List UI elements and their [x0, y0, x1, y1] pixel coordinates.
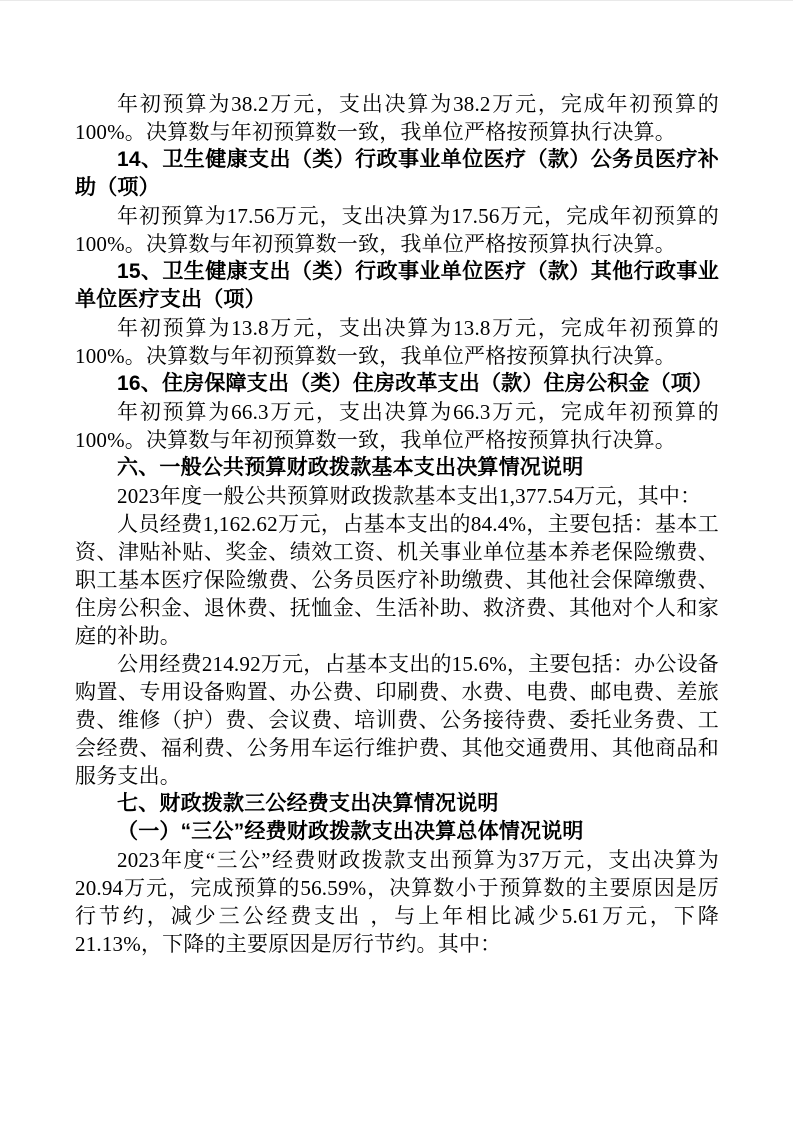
- body-paragraph: 年初预算为38.2万元，支出决算为38.2万元，完成年初预算的100%。决算数与…: [75, 90, 719, 146]
- body-paragraph: 年初预算为13.8万元，支出决算为13.8万元，完成年初预算的100%。决算数与…: [75, 314, 719, 370]
- body-paragraph: 公用经费214.92万元，占基本支出的15.6%，主要包括：办公设备购置、专用设…: [75, 650, 719, 790]
- section-heading: 16、住房保障支出（类）住房改革支出（款）住房公积金（项）: [75, 370, 719, 398]
- section-heading: 14、卫生健康支出（类）行政事业单位医疗（款）公务员医疗补助（项）: [75, 146, 719, 202]
- document-content: 年初预算为38.2万元，支出决算为38.2万元，完成年初预算的100%。决算数与…: [75, 90, 719, 958]
- document-page: 年初预算为38.2万元，支出决算为38.2万元，完成年初预算的100%。决算数与…: [0, 0, 793, 1122]
- body-paragraph: 年初预算为17.56万元，支出决算为17.56万元，完成年初预算的100%。决算…: [75, 202, 719, 258]
- body-paragraph: 2023年度一般公共预算财政拨款基本支出1,377.54万元，其中：: [75, 482, 719, 510]
- section-heading: （一）“三公”经费财政拨款支出决算总体情况说明: [75, 818, 719, 846]
- section-heading: 六、一般公共预算财政拨款基本支出决算情况说明: [75, 454, 719, 482]
- body-paragraph: 年初预算为66.3万元，支出决算为66.3万元，完成年初预算的100%。决算数与…: [75, 398, 719, 454]
- section-heading: 15、卫生健康支出（类）行政事业单位医疗（款）其他行政事业单位医疗支出（项）: [75, 258, 719, 314]
- body-paragraph: 人员经费1,162.62万元，占基本支出的84.4%，主要包括：基本工资、津贴补…: [75, 510, 719, 650]
- section-heading: 七、财政拨款三公经费支出决算情况说明: [75, 790, 719, 818]
- body-paragraph: 2023年度“三公”经费财政拨款支出预算为37万元，支出决算为20.94万元，完…: [75, 846, 719, 958]
